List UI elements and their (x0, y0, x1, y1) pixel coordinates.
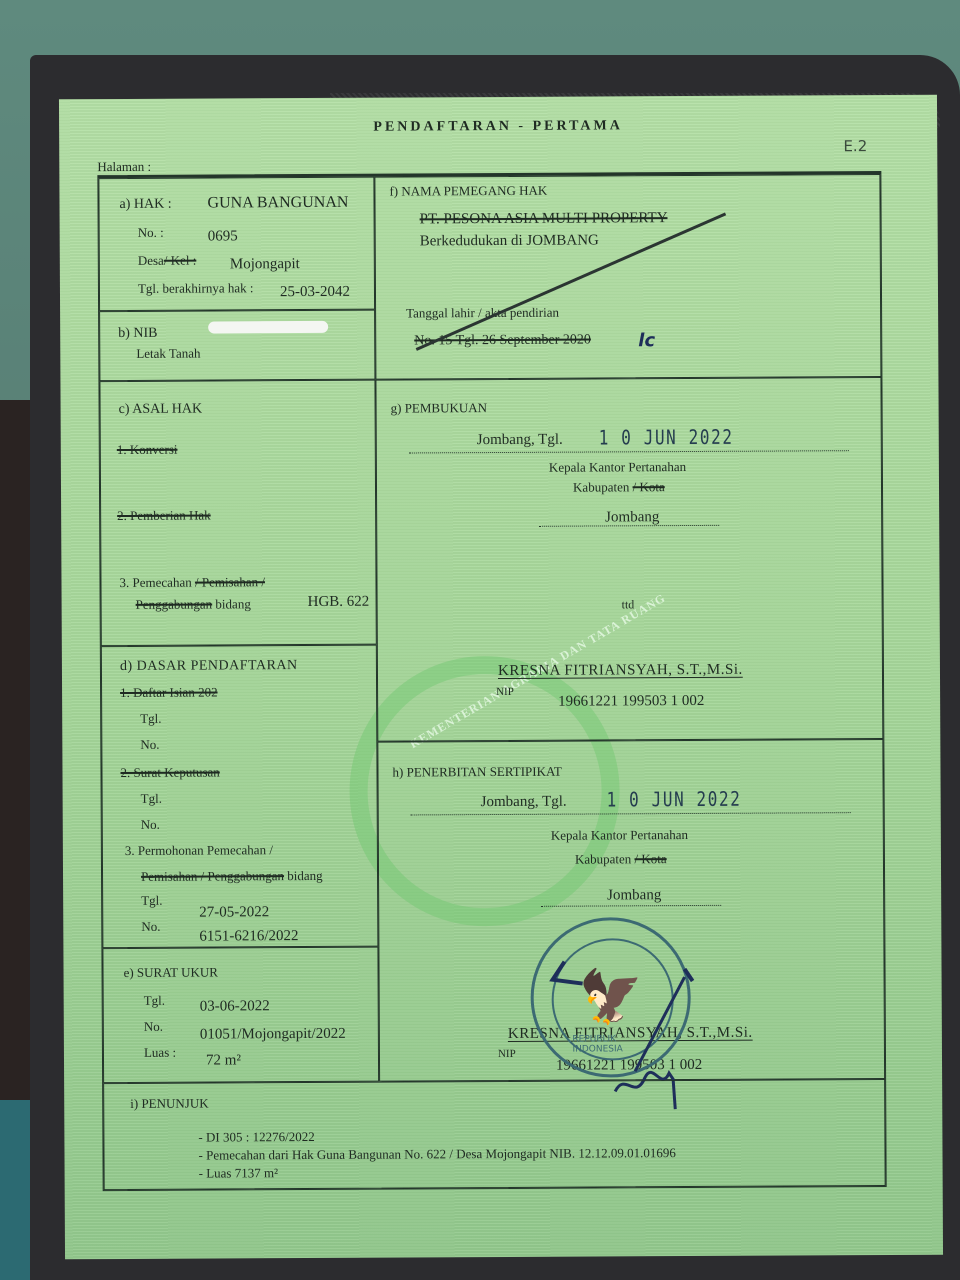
nib-label: b) NIB (118, 326, 157, 342)
penunjuk-line-luas: - Luas 7137 m² (199, 1165, 278, 1181)
dasar-no-1: No. (140, 737, 159, 753)
cross-out-line (414, 212, 735, 354)
page-title: PENDAFTARAN - PERTAMA (59, 117, 937, 138)
expiry-value: 25-03-2042 (280, 284, 350, 301)
regency-value: Jombang (605, 509, 659, 526)
regency-value: Jombang (607, 887, 661, 904)
section-e-surat-ukur: e) SURAT UKUR Tgl. 03-06-2022 No. 01051/… (102, 947, 379, 1083)
letak-tanah-label: Letak Tanah (136, 346, 200, 362)
dasar-item-permohonan: 3. Permohonan Pemecahan / (125, 842, 273, 859)
certificate-page: PENDAFTARAN - PERTAMA E.2 Halaman : KEME… (59, 95, 943, 1260)
section-c-asal-hak: c) ASAL HAK 1. Konversi 2. Pemberian Hak… (99, 380, 376, 646)
penunjuk-heading: i) PENUNJUK (130, 1096, 208, 1112)
nip-value: 19661221 199503 1 002 (558, 693, 704, 711)
penerbitan-stamp-date: 1 0 JUN 2022 (607, 787, 742, 812)
dasar-no-value: 6151-6216/2022 (199, 928, 298, 946)
penunjuk-line-di305: - DI 305 : 12276/2022 (198, 1129, 314, 1146)
page-mark: E.2 (843, 137, 867, 155)
office-line1: Kepala Kantor Pertanahan (551, 827, 688, 844)
section-b-nib: b) NIB [redacted] Letak Tanah (99, 310, 375, 381)
section-f-holder: f) NAMA PEMEGANG HAK PT. PESONA ASIA MUL… (374, 174, 881, 380)
asal-item-pemecahan: 3. Pemecahan / Pemisahan / (119, 574, 265, 591)
office-line2: Kabupaten / Kota (575, 851, 667, 867)
dasar-tgl-3: Tgl. (141, 893, 162, 909)
hak-value: GUNA BANGUNAN (207, 194, 348, 213)
dasar-no-3: No. (141, 919, 160, 935)
hak-label: a) HAK : (119, 197, 171, 213)
section-a-hak: a) HAK : GUNA BANGUNAN No. : 0695 Desa/ … (98, 177, 375, 311)
no-value: 0695 (208, 228, 238, 245)
nip-label: NIP (498, 1048, 516, 1060)
section-d-dasar-pendaftaran: d) DASAR PENDAFTARAN 1. Daftar Isian 202… (101, 645, 379, 948)
asal-item-pemberian: 2. Pemberian Hak (117, 508, 211, 524)
section-g-pembukuan: g) PEMBUKUAN Jombang, Tgl. 1 0 JUN 2022 … (375, 377, 883, 742)
desa-label: Desa/ Kel : (138, 253, 197, 269)
office-line2: Kabupaten / Kota (573, 479, 665, 495)
surat-ukur-no-value: 01051/Mojongapit/2022 (200, 1026, 346, 1044)
dasar-tgl-1: Tgl. (140, 711, 161, 727)
dasar-item-pemisahan: Pemisahan / Penggabungan bidang (141, 868, 323, 885)
office-line1: Kepala Kantor Pertanahan (549, 459, 686, 476)
penerbitan-place-date: Jombang, Tgl. (481, 794, 567, 811)
holder-heading: f) NAMA PEMEGANG HAK (389, 183, 547, 200)
expiry-label: Tgl. berakhirnya hak : (138, 280, 254, 297)
dasar-tgl-2: Tgl. (141, 791, 162, 807)
dasar-item-daftar-isian: 1. Daftar Isian 202 (120, 684, 218, 701)
surat-ukur-no-label: No. (144, 1019, 163, 1035)
dasar-heading: d) DASAR PENDAFTARAN (120, 658, 298, 675)
dasar-tgl-value: 27-05-2022 (199, 904, 269, 921)
pembukuan-stamp-date: 1 0 JUN 2022 (599, 425, 734, 450)
surat-ukur-tgl-value: 03-06-2022 (200, 998, 270, 1015)
pembukuan-heading: g) PEMBUKUAN (391, 400, 488, 417)
dasar-no-2: No. (141, 817, 160, 833)
nip-label: NIP (496, 686, 514, 698)
asal-item-konversi: 1. Konversi (117, 442, 178, 458)
penunjuk-line-pemecahan: - Pemecahan dari Hak Guna Bangunan No. 6… (198, 1145, 675, 1163)
desa-value: Mojongapit (230, 256, 300, 273)
halaman-label: Halaman : (97, 159, 151, 175)
surat-ukur-luas-value: 72 m² (206, 1052, 241, 1069)
pembukuan-place-date: Jombang, Tgl. (477, 432, 563, 449)
dasar-item-surat-keputusan: 2. Surat Keputusan (120, 764, 219, 781)
surat-ukur-luas-label: Luas : (144, 1045, 176, 1061)
asal-item-penggabungan: Penggabungan bidang (136, 596, 251, 613)
surat-ukur-tgl-label: Tgl. (144, 993, 165, 1009)
asal-hgb-value: HGB. 622 (308, 594, 370, 611)
official-name: KRESNA FITRIANSYAH, S.T.,M.Si. (498, 662, 743, 680)
penerbitan-heading: h) PENERBITAN SERTIPIKAT (392, 764, 561, 781)
section-i-penunjuk: i) PENUNJUK - DI 305 : 12276/2022 - Peme… (103, 1079, 886, 1190)
ttd-label: ttd (622, 597, 635, 612)
nib-value-redacted: [redacted] (208, 321, 328, 334)
surat-ukur-heading: e) SURAT UKUR (124, 964, 218, 980)
registration-grid: KEMENTERIAN AGRARIA DAN TATA RUANG a) HA… (97, 171, 886, 1191)
no-label: No. : (138, 225, 164, 241)
asal-hak-heading: c) ASAL HAK (119, 402, 203, 418)
